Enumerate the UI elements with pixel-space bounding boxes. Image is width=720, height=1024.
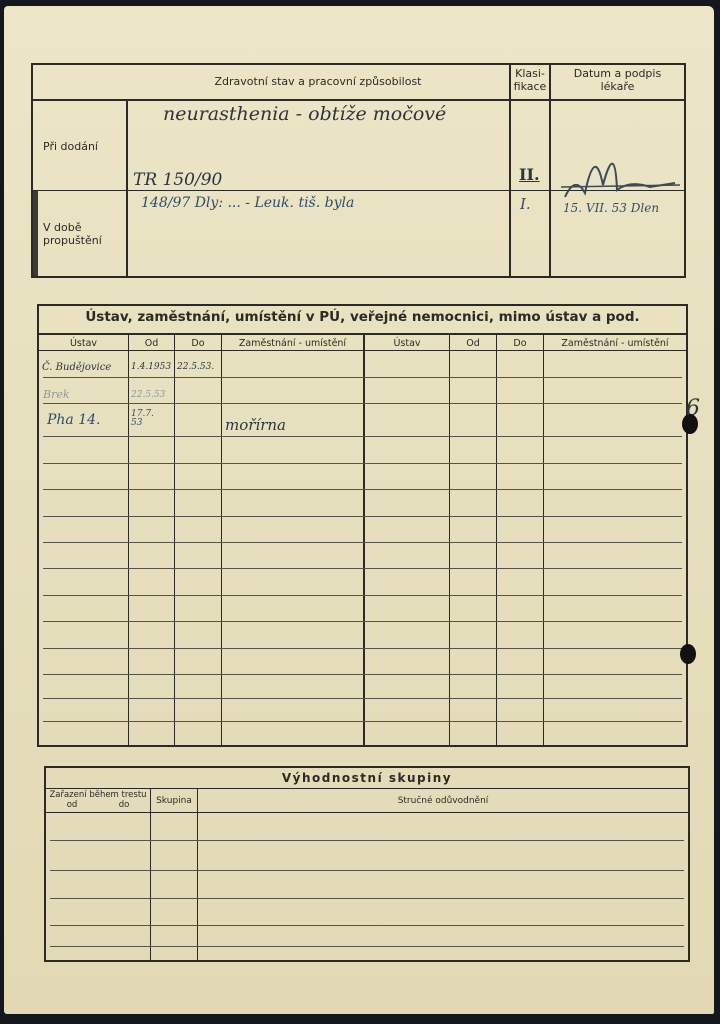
- punch-hole-icon: [680, 644, 696, 664]
- date-signature-line1: Datum a podpis: [551, 67, 684, 80]
- justification-header: Stručné odůvodnění: [198, 795, 688, 808]
- arrival-blood-pressure: TR 150/90: [133, 170, 222, 190]
- col-header-from: Od: [129, 337, 174, 350]
- arrival-diagnosis: neurasthenia - obtíže močové: [163, 103, 446, 125]
- document-page: Zdravotní stav a pracovní způsobilost Kl…: [4, 6, 714, 1014]
- col-header-to: Do: [175, 337, 221, 350]
- col-header-institution: Ústav: [39, 337, 128, 350]
- assignment-from-label: od: [67, 800, 78, 810]
- release-label-line2: propuštění: [43, 234, 128, 247]
- benefit-groups-table: Výhodnostní skupiny Zařazení během trest…: [44, 766, 690, 962]
- classification-header: Klasi- fikace: [511, 67, 549, 93]
- arrival-classification: II.: [519, 165, 540, 184]
- health-status-header: Zdravotní stav a pracovní způsobilost: [133, 75, 503, 88]
- row-label-on-arrival: Při dodání: [37, 140, 128, 153]
- release-label-line1: V době: [43, 221, 128, 234]
- col-header-to-2: Do: [497, 337, 543, 350]
- placement-table-title: Ústav, zaměstnání, umístění v PÚ, veřejn…: [39, 309, 686, 325]
- classification-header-line1: Klasi-: [511, 67, 549, 80]
- row3-institution: Pha 14.: [47, 412, 101, 428]
- row1-institution: Č. Budějovice: [42, 362, 111, 373]
- classification-header-line2: fikace: [511, 80, 549, 93]
- assignment-header-line2: od do: [46, 800, 150, 810]
- row2-from: 22.5.53: [131, 390, 165, 400]
- date-signature-header: Datum a podpis lékaře: [551, 67, 684, 93]
- row3-employment: mořírna: [225, 416, 286, 434]
- col-header-employment: Zaměstnání - umístění: [222, 337, 363, 350]
- punch-hole-icon: [682, 414, 698, 434]
- assignment-to-label: do: [119, 800, 130, 810]
- release-classification: I.: [520, 195, 531, 213]
- row1-from: 1.4.1953: [131, 362, 171, 372]
- row3-from: 17.7. 53: [131, 410, 161, 428]
- release-date: 15. VII. 53 Dlen: [563, 201, 659, 215]
- row2-institution: Brek: [43, 388, 70, 401]
- assignment-header: Zařazení během trestu od do: [46, 790, 150, 810]
- col-header-employment-2: Zaměstnání - umístění: [544, 337, 686, 350]
- health-status-table: Zdravotní stav a pracovní způsobilost Kl…: [31, 63, 686, 278]
- date-signature-line2: lékaře: [551, 80, 684, 93]
- release-notes: 148/97 Dly: ... - Leuk. tiš. byla: [141, 195, 354, 211]
- placement-table: Ústav, zaměstnání, umístění v PÚ, veřejn…: [37, 304, 688, 747]
- row-label-on-release: V době propuštění: [37, 221, 128, 247]
- doctor-signature-icon: [555, 135, 685, 205]
- col-header-institution-2: Ústav: [365, 337, 449, 350]
- assignment-header-line1: Zařazení během trestu: [46, 790, 150, 800]
- row1-to: 22.5.53.: [177, 362, 214, 372]
- col-header-from-2: Od: [450, 337, 496, 350]
- group-header: Skupina: [151, 795, 197, 808]
- benefit-groups-title: Výhodnostní skupiny: [46, 771, 688, 785]
